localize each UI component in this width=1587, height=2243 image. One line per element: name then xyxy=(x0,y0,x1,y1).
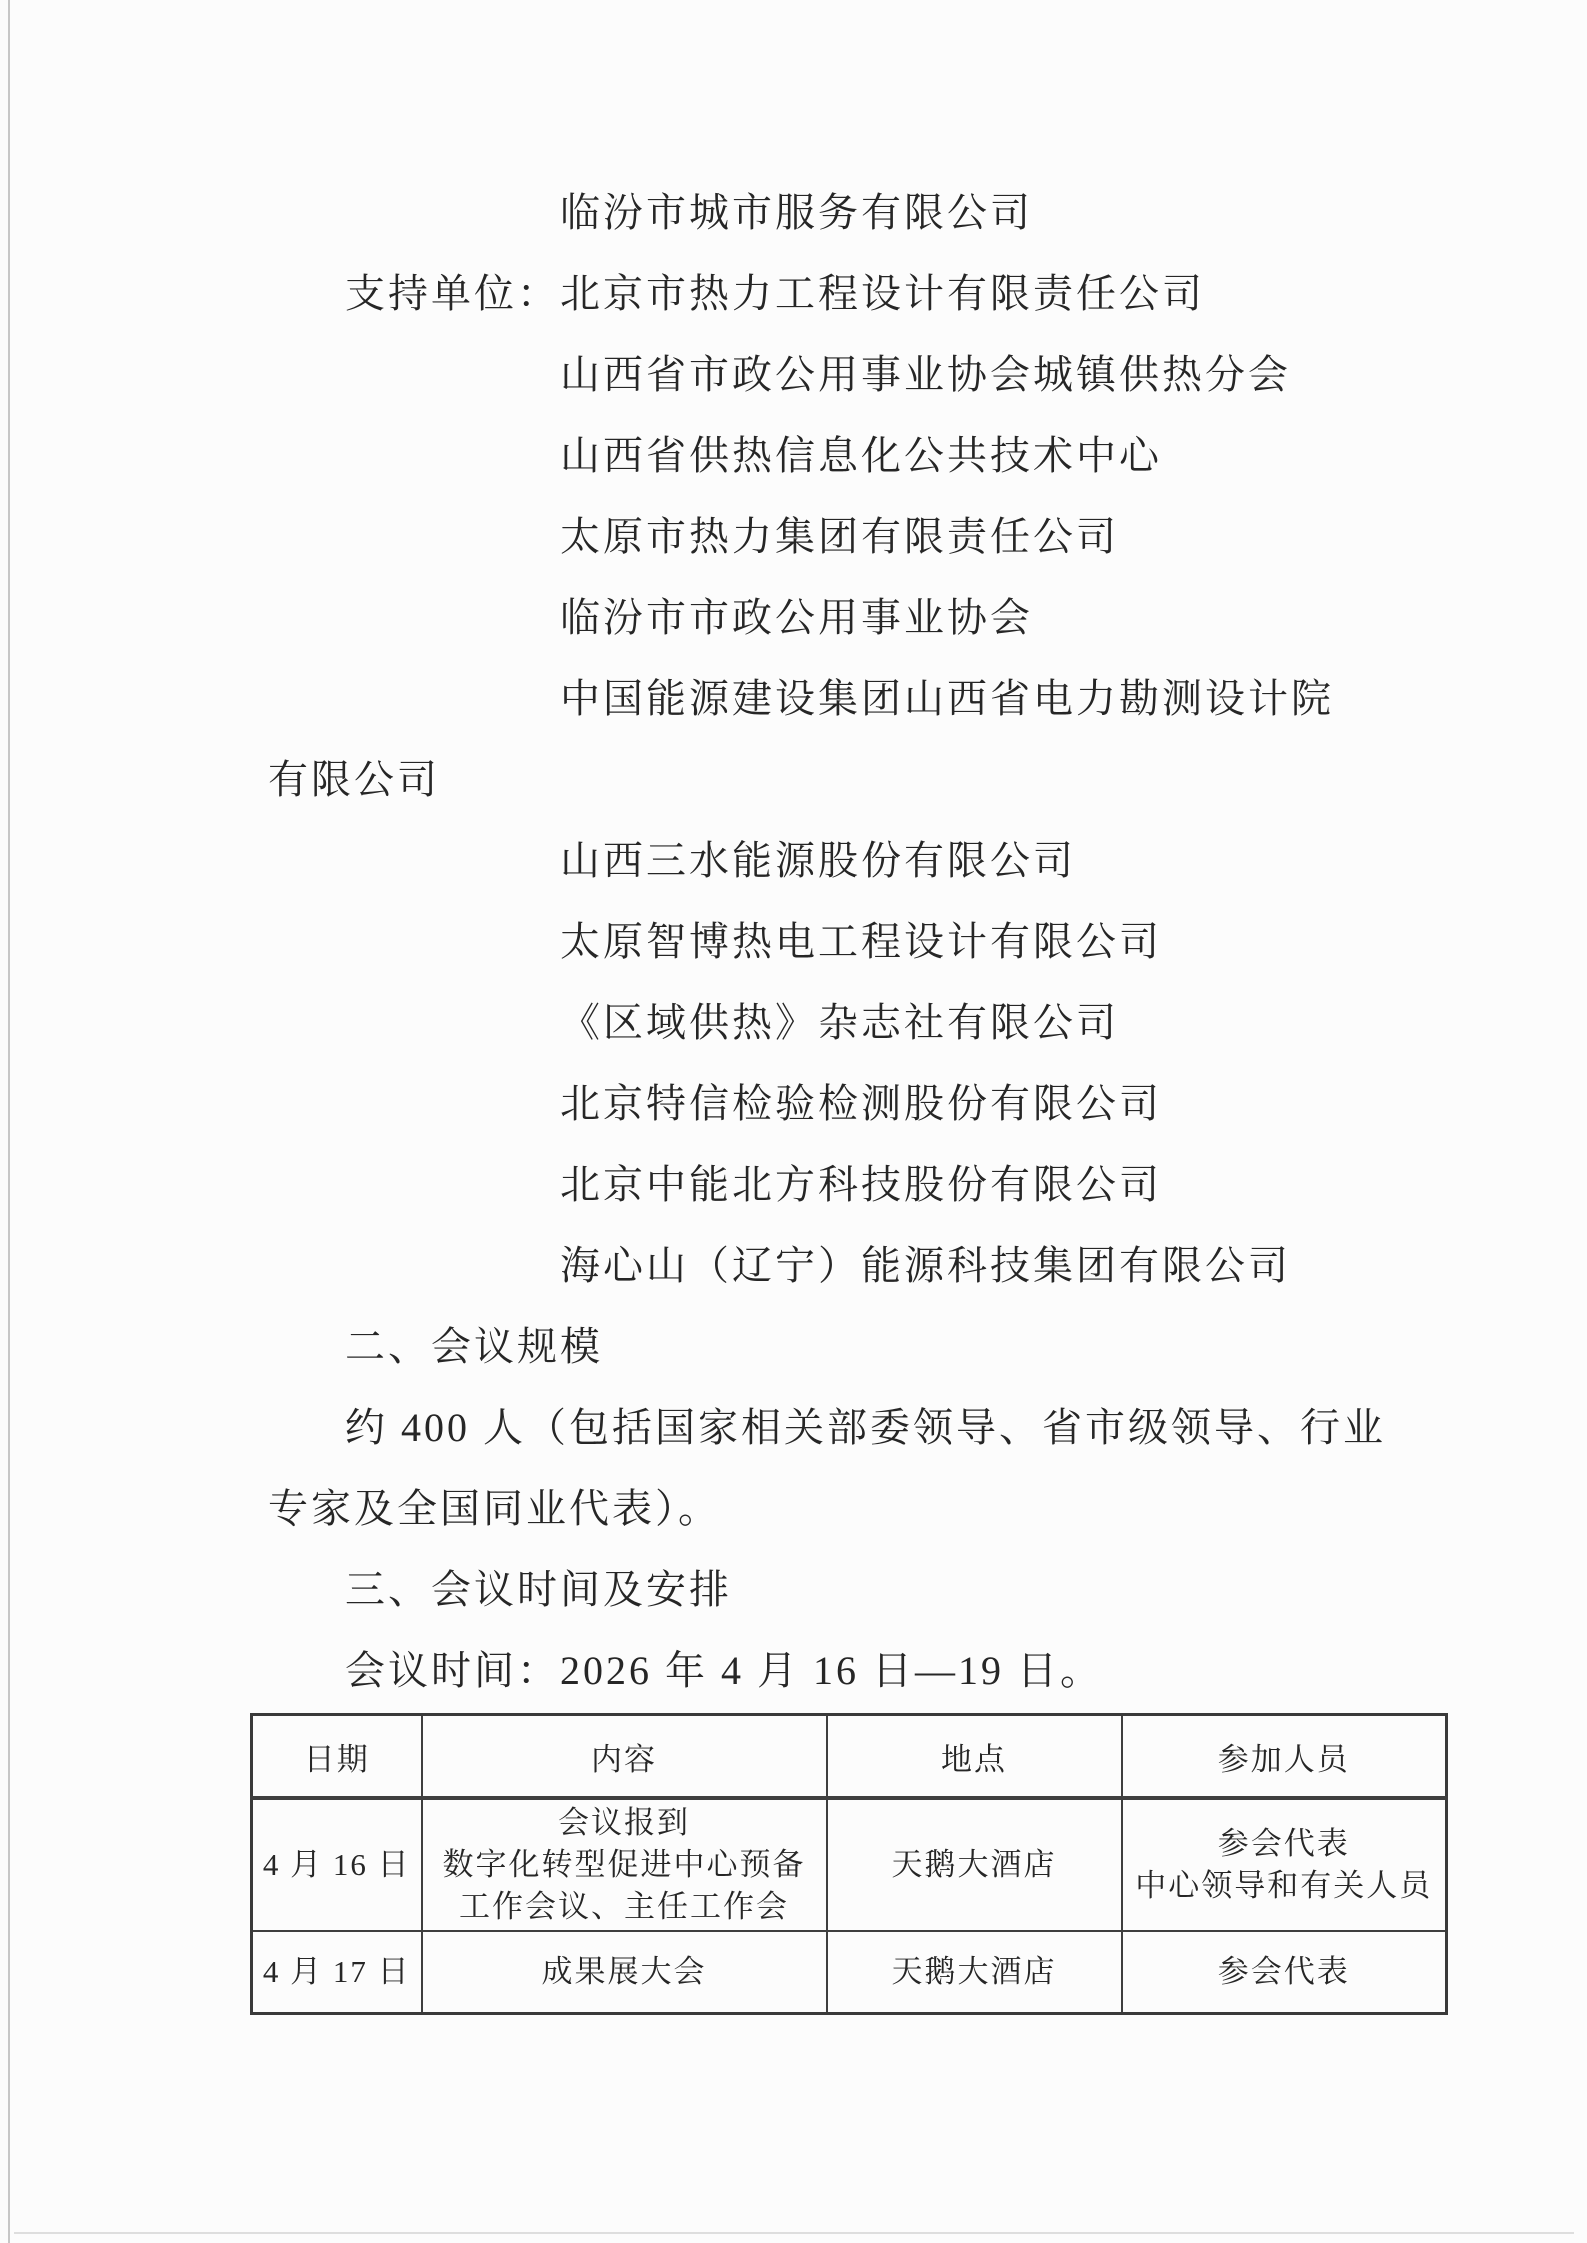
section-heading-3: 三、会议时间及安排 xyxy=(268,1549,1448,1630)
cell-line: 参会代表 xyxy=(1123,1951,1446,1993)
table-cell-participants: 参会代表 xyxy=(1122,1931,1447,2014)
supporting-unit: 太原市热力集团有限责任公司 xyxy=(268,496,1448,577)
supporting-unit: 太原智博热电工程设计有限公司 xyxy=(268,901,1448,982)
organizer-continuation-line: 临汾市城市服务有限公司 xyxy=(268,172,1448,253)
table-cell-date: 4 月 16 日 xyxy=(252,1798,422,1931)
cell-line: 数字化转型促进中心预备 xyxy=(423,1844,826,1886)
cell-line: 会议报到 xyxy=(423,1802,826,1844)
schedule-table: 日期 内容 地点 参加人员 4 月 16 日 会议报到 数字化转型促进中心预备 … xyxy=(250,1713,1448,2015)
table-cell-date: 4 月 17 日 xyxy=(252,1931,422,2014)
supporting-unit: 北京中能北方科技股份有限公司 xyxy=(268,1144,1448,1225)
table-cell-content: 成果展大会 xyxy=(422,1931,827,2014)
table-header-date: 日期 xyxy=(252,1715,422,1799)
table-row: 4 月 17 日 成果展大会 天鹅大酒店 参会代表 xyxy=(252,1931,1447,2014)
table-header-content: 内容 xyxy=(422,1715,827,1799)
cell-line: 工作会议、主任工作会 xyxy=(423,1886,826,1928)
table-header-participants: 参加人员 xyxy=(1122,1715,1447,1799)
table-cell-content: 会议报到 数字化转型促进中心预备 工作会议、主任工作会 xyxy=(422,1798,827,1931)
scan-edge-left-line xyxy=(8,0,10,2243)
table-header-location: 地点 xyxy=(827,1715,1122,1799)
supporting-unit: 北京特信检验检测股份有限公司 xyxy=(268,1063,1448,1144)
supporting-unit: 山西省供热信息化公共技术中心 xyxy=(268,415,1448,496)
cell-line: 4 月 17 日 xyxy=(253,1951,421,1993)
cell-line: 成果展大会 xyxy=(423,1951,826,1993)
supporting-unit-continuation: 有限公司 xyxy=(268,739,1448,820)
supporting-unit: 中国能源建设集团山西省电力勘测设计院 xyxy=(268,658,1448,739)
scale-paragraph-line: 约 400 人（包括国家相关部委领导、省市级领导、行业 xyxy=(268,1387,1448,1468)
supporting-unit: 临汾市市政公用事业协会 xyxy=(268,577,1448,658)
table-cell-location: 天鹅大酒店 xyxy=(827,1931,1122,2014)
scale-paragraph-continuation: 专家及全国同业代表）。 xyxy=(268,1468,1448,1549)
section-heading-2: 二、会议规模 xyxy=(268,1306,1448,1387)
cell-line: 中心领导和有关人员 xyxy=(1123,1865,1446,1907)
supporting-unit: 山西三水能源股份有限公司 xyxy=(268,820,1448,901)
table-header-row: 日期 内容 地点 参加人员 xyxy=(252,1715,1447,1799)
table-row: 4 月 16 日 会议报到 数字化转型促进中心预备 工作会议、主任工作会 天鹅大… xyxy=(252,1798,1447,1931)
scan-edge-bottom-line xyxy=(14,2232,1574,2234)
supporting-units-label-line: 支持单位：北京市热力工程设计有限责任公司 xyxy=(268,253,1448,334)
document-body: 临汾市城市服务有限公司 支持单位：北京市热力工程设计有限责任公司 山西省市政公用… xyxy=(268,172,1448,1711)
supporting-unit: 海心山（辽宁）能源科技集团有限公司 xyxy=(268,1225,1448,1306)
supporting-unit: 《区域供热》杂志社有限公司 xyxy=(268,982,1448,1063)
cell-line: 参会代表 xyxy=(1123,1823,1446,1865)
cell-line: 天鹅大酒店 xyxy=(828,1844,1121,1886)
table-cell-participants: 参会代表 中心领导和有关人员 xyxy=(1122,1798,1447,1931)
cell-line: 天鹅大酒店 xyxy=(828,1951,1121,1993)
cell-line: 4 月 16 日 xyxy=(253,1844,421,1886)
meeting-time-line: 会议时间：2026 年 4 月 16 日—19 日。 xyxy=(268,1630,1448,1711)
table-cell-location: 天鹅大酒店 xyxy=(827,1798,1122,1931)
supporting-unit: 山西省市政公用事业协会城镇供热分会 xyxy=(268,334,1448,415)
